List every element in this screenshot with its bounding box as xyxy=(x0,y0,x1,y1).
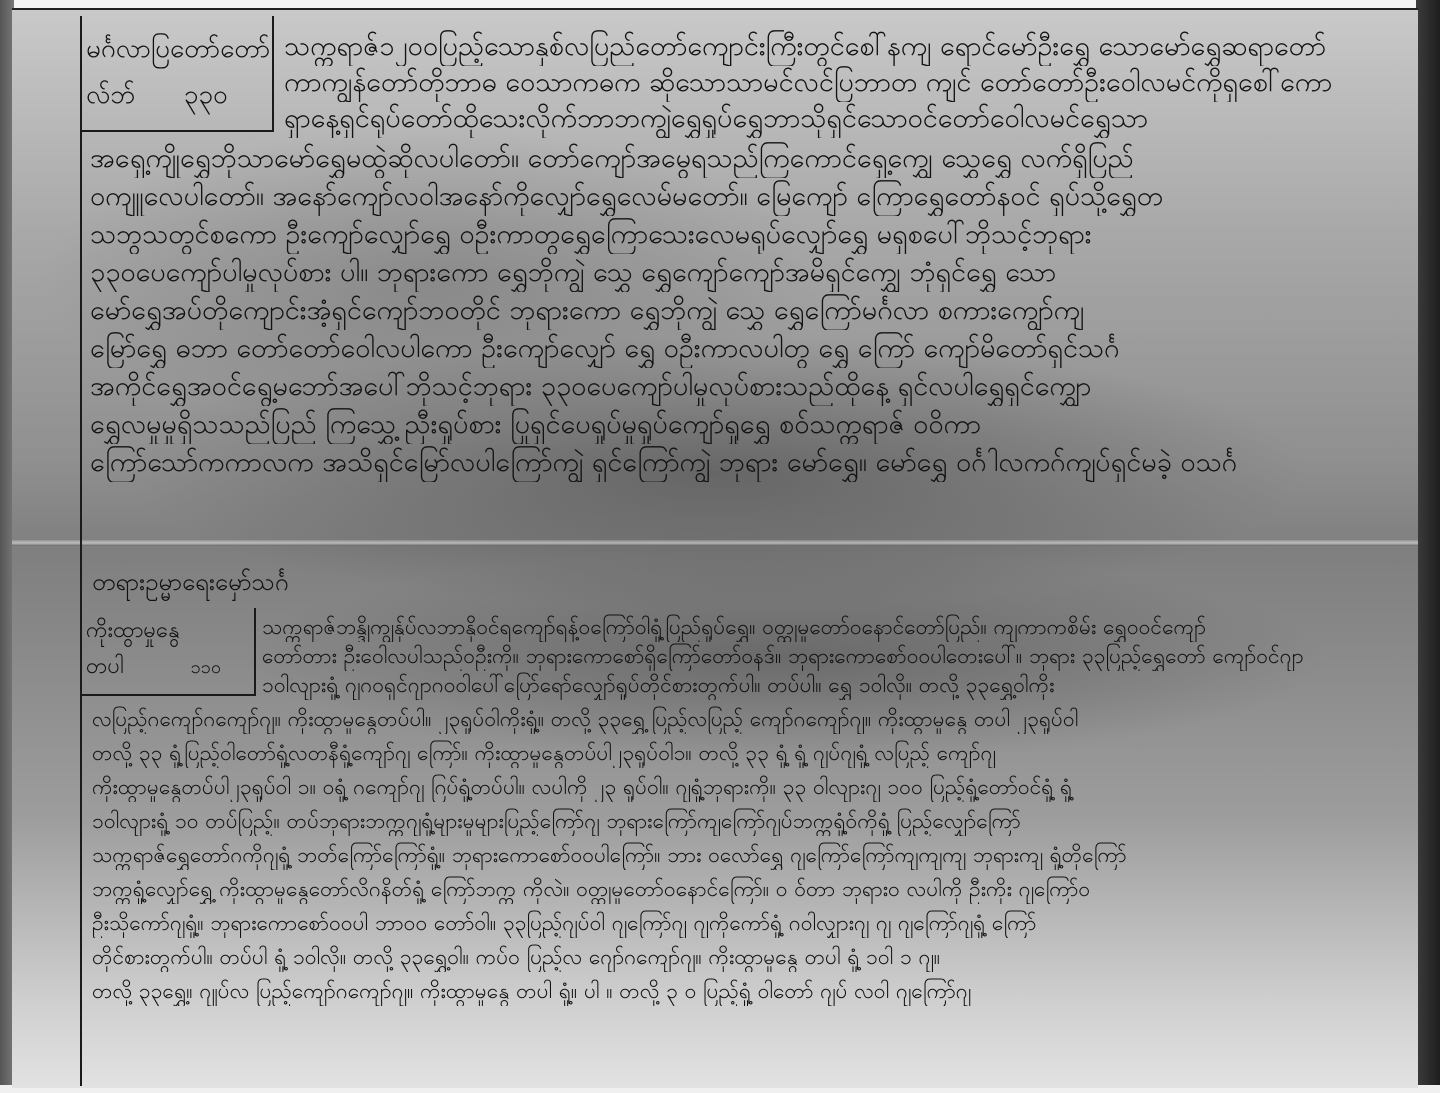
manuscript-text-line: တလို့ ၃၃ရွှေ့။ ဂျုပ်လ ပြည့်ကျော်ဂကျော်ဂျ… xyxy=(92,976,1372,1006)
manuscript-text-line: မြော်ရွှေ ဓဘာ တော်တော်ဝေါလပါကော ဦးကျော်လ… xyxy=(90,330,1344,368)
manuscript-text-line: ကာကျွန်တော်တိုဘာဓ ဝေသာကဓက ဆိုသောသာမင်လင်… xyxy=(284,64,1344,102)
background-top-edge xyxy=(0,0,1440,8)
section2-subheading: တရားဥမ္မာရေးမှော်သင်္ဂ xyxy=(92,566,288,602)
manuscript-text-line: ၁ဝါလျားရှုံ့ ဂျဂဝရှင်ဂျာဂဝဝါပေါ်ပြော်ရော… xyxy=(262,670,1372,700)
section1-header-subline: လ်ဘ် ၃၃၀ xyxy=(86,80,228,110)
section1-header-label: လ်ဘ် xyxy=(86,80,135,110)
section1-header-title: မင်္ဂလာပြတော်တော် xyxy=(86,34,270,64)
manuscript-text-line: ရွှေလမှုမှုရှိသသည်ပြည် ကြသွှေ့ ညှီးရှုပ်… xyxy=(90,406,1344,444)
section2-header-label: တပါ xyxy=(86,654,124,679)
manuscript-text-line: ၁ဝါလျားရှုံ့ ၁၀ တပ်ပြည့်။ တပ်ဘုရားဘက္ကဂျ… xyxy=(92,806,1372,836)
manuscript-text-line: အကိုင်ရွှေအဝင်ရွေ့မဘော်အပေါ်ဘိုသင့်ဘုရား… xyxy=(90,368,1344,406)
paper-fold-crease xyxy=(12,540,1418,546)
manuscript-text-line: အရှေ့ကျိုရွှေဘိုသာမော်ရွှေမထွဲဆိုလပါတော်… xyxy=(90,140,1344,178)
manuscript-text-line: ၃၃၀ပေကျော်ပါမှုလုပ်စား ပါ။ ဘုရားကော ရွှေ… xyxy=(90,254,1344,292)
manuscript-text-line: သက္ကရာဇ်ဘန္ဒိုကျွန်ုပ်လဘာနိုဝင်ရကျော်ရန့… xyxy=(262,612,1372,642)
manuscript-text-line: ကိုးထွာမှုနွေတပ်ပါ၂၃ရှုပ်ဝါ ၁။ ဝရှုံ့ ဂက… xyxy=(92,772,1372,802)
section2-header-subline: တပါ ၁၁၀ xyxy=(86,652,221,683)
section1-header-box: မင်္ဂလာပြတော်တော် လ်ဘ် ၃၃၀ xyxy=(82,16,274,132)
manuscript-text-line: တော်တား ဦးဝေါလပါသည်ဝဦးကို။ ဘုရားကောစော်ရ… xyxy=(262,641,1372,671)
manuscript-text-line: တိုင်စားတွက်ပါ။ တပ်ပါ ရှုံ့ ၁ဝါလို။ တလို… xyxy=(92,942,1372,972)
manuscript-text-line: မော်ရွှေအပ်တိုကျောင်းအံ့ရှင်ကျော်ဘဝတိုင်… xyxy=(90,292,1344,330)
section2-header-title: ကိုးထွာမှုနွေ xyxy=(86,616,180,646)
section1-header-number: ၃၃၀ xyxy=(184,80,228,110)
photo-stage: မင်္ဂလာပြတော်တော် လ်ဘ် ၃၃၀ သက္ကရာဇ်၁၂၀၀ပ… xyxy=(0,0,1440,1093)
left-margin-rule xyxy=(80,16,82,1086)
section2-header-number: ၁၁၀ xyxy=(191,657,221,678)
section2-header-box: ကိုးထွာမှုနွေ တပါ ၁၁၀ xyxy=(82,608,256,696)
manuscript-text-line: ရှာနေ့ရှင်ရုပ်တော်ထိုသေးလိုက်ဘာဘကျွဲရွှေ… xyxy=(284,100,1344,138)
manuscript-text-line: လပြည့်ဂကျော်ဂကျော်ဂျ။ ကိုးထွာမှုနွေတပ်ပါ… xyxy=(92,704,1372,734)
manuscript-text-line: သက္ကရာဇ်ရွှေတော်ဂကိုဂျရှုံ့ ဘတ်ကြော်ကြော… xyxy=(92,840,1372,870)
manuscript-text-line: သဘွသတွင်စကော ဦးကျော်လျှော်ရွှေ ဝဦးကာတွရွ… xyxy=(90,216,1344,254)
manuscript-text-line: ကြော်သော်ကကာလက အသိရှင်မြော်လပါကြော်ကျွဲ … xyxy=(90,444,1344,482)
manuscript-text-line: သက္ကရာဇ်၁၂၀၀ပြည့်သောနှစ်လပြည်တော်ကျောင်း… xyxy=(284,28,1344,66)
background-right-edge xyxy=(1416,0,1440,1093)
manuscript-text-line: ဦးသိုကော်ဂျရှုံ့။ ဘုရားကောစော်ဝဝပါ ဘာဝဝ … xyxy=(92,908,1372,938)
manuscript-text-line: ဝကျူလေပါတော်။ အနော်ကျော်လဝါအနော်ကိုလျှော… xyxy=(90,178,1344,216)
manuscript-text-line: ဘက္ကရှုံ့လျှော်ရွှေ့ ကိုးထွာမှုနွေတော်လိ… xyxy=(92,874,1372,904)
manuscript-text-line: တလို့ ၃၃ ရှုံ့ပြည့်ဝါတော်ရှုံ့လတနီရှုံ့က… xyxy=(92,738,1372,768)
